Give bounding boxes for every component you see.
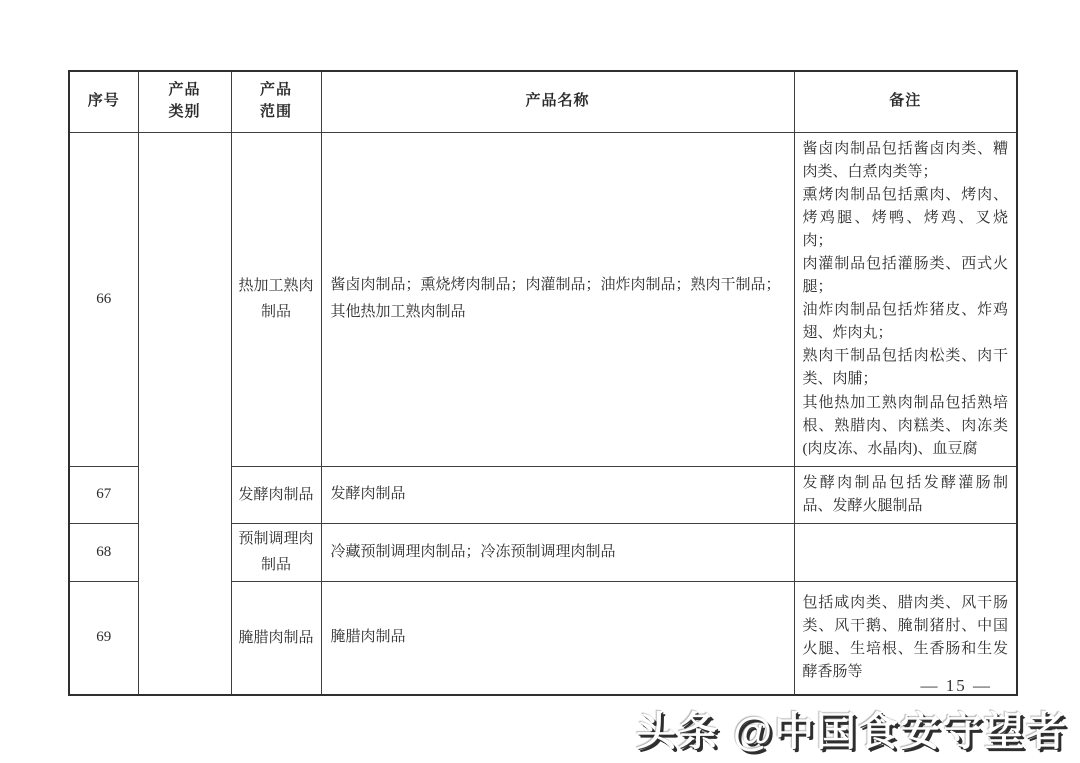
column-header: 产品 范围 [231,71,321,132]
cell-name: 发酵肉制品 [321,466,794,523]
cell-remark [794,524,1017,582]
cell-no: 68 [69,524,138,582]
cell-scope: 发酵肉制品 [231,466,321,523]
column-header: 序号 [69,71,138,132]
cell-scope: 腌腊肉制品 [231,581,321,695]
column-header: 产品 类别 [138,71,231,132]
cell-scope: 热加工熟肉制品 [231,132,321,466]
cell-category [138,132,231,695]
watermark-text: 头条 @中国食安守望者 [636,700,1068,757]
cell-name: 腌腊肉制品 [321,581,794,695]
table-row: 66热加工熟肉制品酱卤肉制品；熏烧烤肉制品；肉灌制品；油炸肉制品；熟肉干制品；其… [69,132,1017,466]
column-header: 产品名称 [321,71,794,132]
cell-scope: 预制调理肉制品 [231,524,321,582]
page-number: — 15 — [921,676,993,696]
document-page: 序号产品 类别产品 范围产品名称备注 66热加工熟肉制品酱卤肉制品；熏烧烤肉制品… [0,0,1080,763]
product-table: 序号产品 类别产品 范围产品名称备注 66热加工熟肉制品酱卤肉制品；熏烧烤肉制品… [68,70,1018,696]
cell-no: 67 [69,466,138,523]
cell-name: 冷藏预制调理肉制品；冷冻预制调理肉制品 [321,524,794,582]
cell-remark: 酱卤肉制品包括酱卤肉类、糟肉类、白煮肉类等； 熏烤肉制品包括熏肉、烤肉、烤鸡腿、… [794,132,1017,466]
column-header: 备注 [794,71,1017,132]
cell-remark: 发酵肉制品包括发酵灌肠制品、发酵火腿制品 [794,466,1017,523]
cell-no: 66 [69,132,138,466]
cell-no: 69 [69,581,138,695]
table-body: 66热加工熟肉制品酱卤肉制品；熏烧烤肉制品；肉灌制品；油炸肉制品；熟肉干制品；其… [69,132,1017,695]
product-table-wrapper: 序号产品 类别产品 范围产品名称备注 66热加工熟肉制品酱卤肉制品；熏烧烤肉制品… [68,70,1018,696]
cell-name: 酱卤肉制品；熏烧烤肉制品；肉灌制品；油炸肉制品；熟肉干制品；其他热加工熟肉制品 [321,132,794,466]
header-row: 序号产品 类别产品 范围产品名称备注 [69,71,1017,132]
